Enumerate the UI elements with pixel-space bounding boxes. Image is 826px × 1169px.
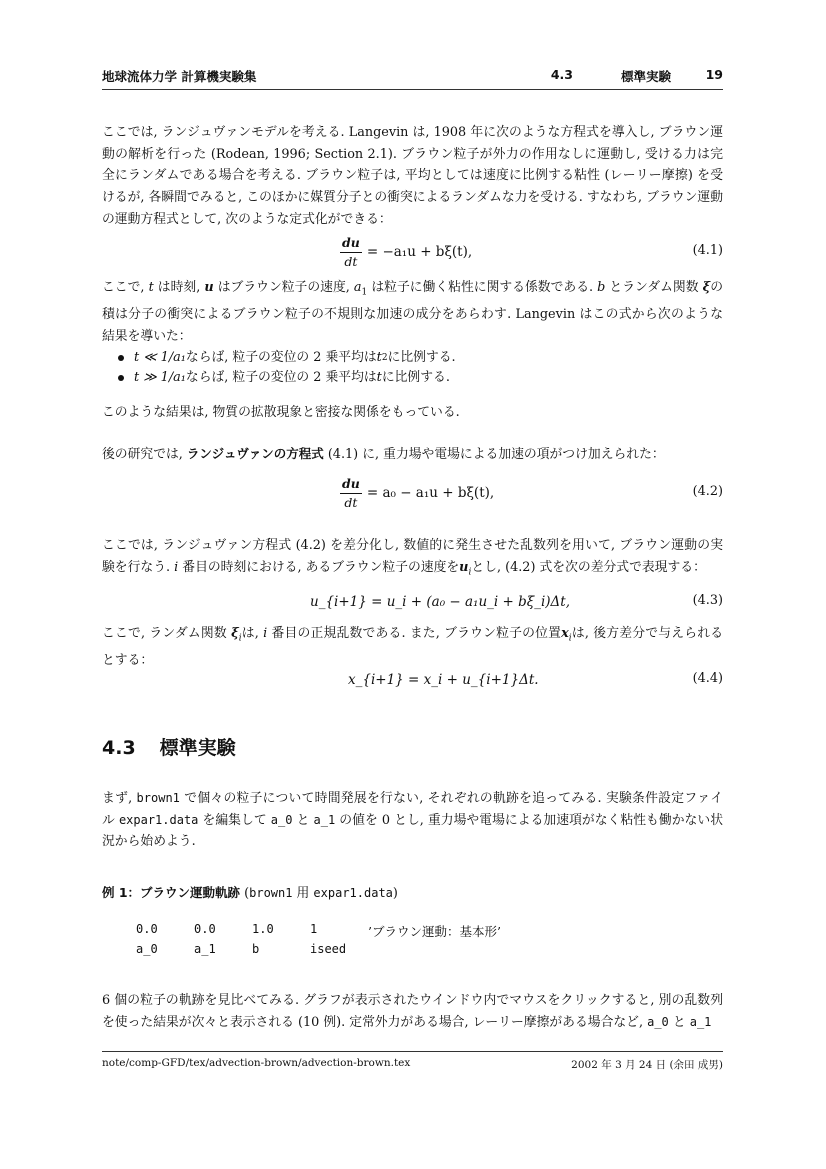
example-title: 例 1：ブラウン運動軌跡 (brown1 用 expar1.data) — [102, 882, 398, 901]
bullet-icon — [118, 375, 124, 381]
header-section-title: 標準実験 — [621, 67, 671, 85]
paragraph-trajectories: 6 個の粒子の軌跡を見比べてみる. グラフが表示されたウインドウ内でマウスをクリ… — [102, 990, 723, 1033]
equation-number: (4.1) — [693, 243, 723, 258]
bullet-icon — [118, 355, 124, 361]
name-b: b — [252, 942, 259, 956]
equation-number: (4.2) — [693, 484, 723, 499]
name-a1: a_1 — [194, 942, 216, 956]
value-b: 1.0 — [252, 922, 274, 936]
value-a0: 0.0 — [136, 922, 158, 936]
running-header: 地球流体力学 計算機実験集 4.3 標準実験 19 — [102, 67, 723, 87]
paragraph-intro: ここでは, ランジュヴァンモデルを考える. Langevin は, 1908 年… — [102, 122, 723, 231]
header-section-number: 4.3 — [551, 67, 573, 82]
list-item: t ≪ 1/a₁ ならば, 粒子の変位の 2 乗平均は t2 に比例する. — [118, 348, 456, 368]
name-iseed: iseed — [310, 942, 346, 956]
value-comment: ’ブラウン運動：基本形’ — [368, 922, 501, 940]
paragraph-definitions: ここで, t は時刻, u はブラウン粒子の速度, a1 は粒子に働く粘性に関す… — [102, 277, 723, 348]
fraction: du dt — [340, 235, 362, 270]
value-a1: 0.0 — [194, 922, 216, 936]
footer-rule — [102, 1051, 723, 1052]
list-item: t ≫ 1/a₁ ならば, 粒子の変位の 2 乗平均は t に比例する. — [118, 368, 456, 388]
equation-body: x_{i+1} = x_i + u_{i+1}Δt. — [348, 672, 539, 688]
value-iseed: 1 — [310, 922, 317, 936]
equation-4-2: du dt = a₀ − a₁u + bξ(t), (4.2) — [102, 473, 723, 513]
result-list: t ≪ 1/a₁ ならば, 粒子の変位の 2 乗平均は t2 に比例する. t … — [118, 348, 456, 388]
equation-number: (4.4) — [693, 671, 723, 686]
paragraph-discretization: ここでは, ランジュヴァン方程式 (4.2) を差分化し, 数値的に発生させた乱… — [102, 535, 723, 584]
paragraph-standard-experiment: まず, brown1 で個々の粒子について時間発展を行ない, それぞれの軌跡を追… — [102, 788, 723, 853]
fraction: du dt — [340, 476, 362, 511]
page-number: 19 — [706, 67, 723, 82]
paragraph-diffusion: このような結果は, 物質の拡散現象と密接な関係をもっている. — [102, 402, 723, 424]
equation-rhs: = −a₁u + bξ(t), — [367, 244, 472, 260]
equation-body: u_{i+1} = u_i + (a₀ − a₁u_i + bξ_i)Δt, — [310, 594, 570, 610]
equation-4-1: du dt = −a₁u + bξ(t), (4.1) — [102, 232, 723, 272]
section-heading: 4.3標準実験 — [102, 733, 236, 760]
equation-4-3: u_{i+1} = u_i + (a₀ − a₁u_i + bξ_i)Δt, (… — [102, 582, 723, 622]
header-rule — [102, 89, 723, 90]
paragraph-later-research: 後の研究では, ランジュヴァンの方程式 (4.1) に, 重力場や電場による加速… — [102, 443, 723, 466]
equation-4-4: x_{i+1} = x_i + u_{i+1}Δt. (4.4) — [102, 660, 723, 700]
name-a0: a_0 — [136, 942, 158, 956]
section-number: 4.3 — [102, 737, 136, 759]
source-path: note/comp-GFD/tex/advection-brown/advect… — [102, 1057, 410, 1069]
equation-number: (4.3) — [693, 593, 723, 608]
equation-rhs: = a₀ − a₁u + bξ(t), — [367, 485, 494, 501]
section-title: 標準実験 — [160, 737, 236, 759]
footer-date: 2002 年 3 月 24 日 (余田 成男) — [571, 1057, 723, 1072]
book-title: 地球流体力学 計算機実験集 — [102, 67, 256, 85]
